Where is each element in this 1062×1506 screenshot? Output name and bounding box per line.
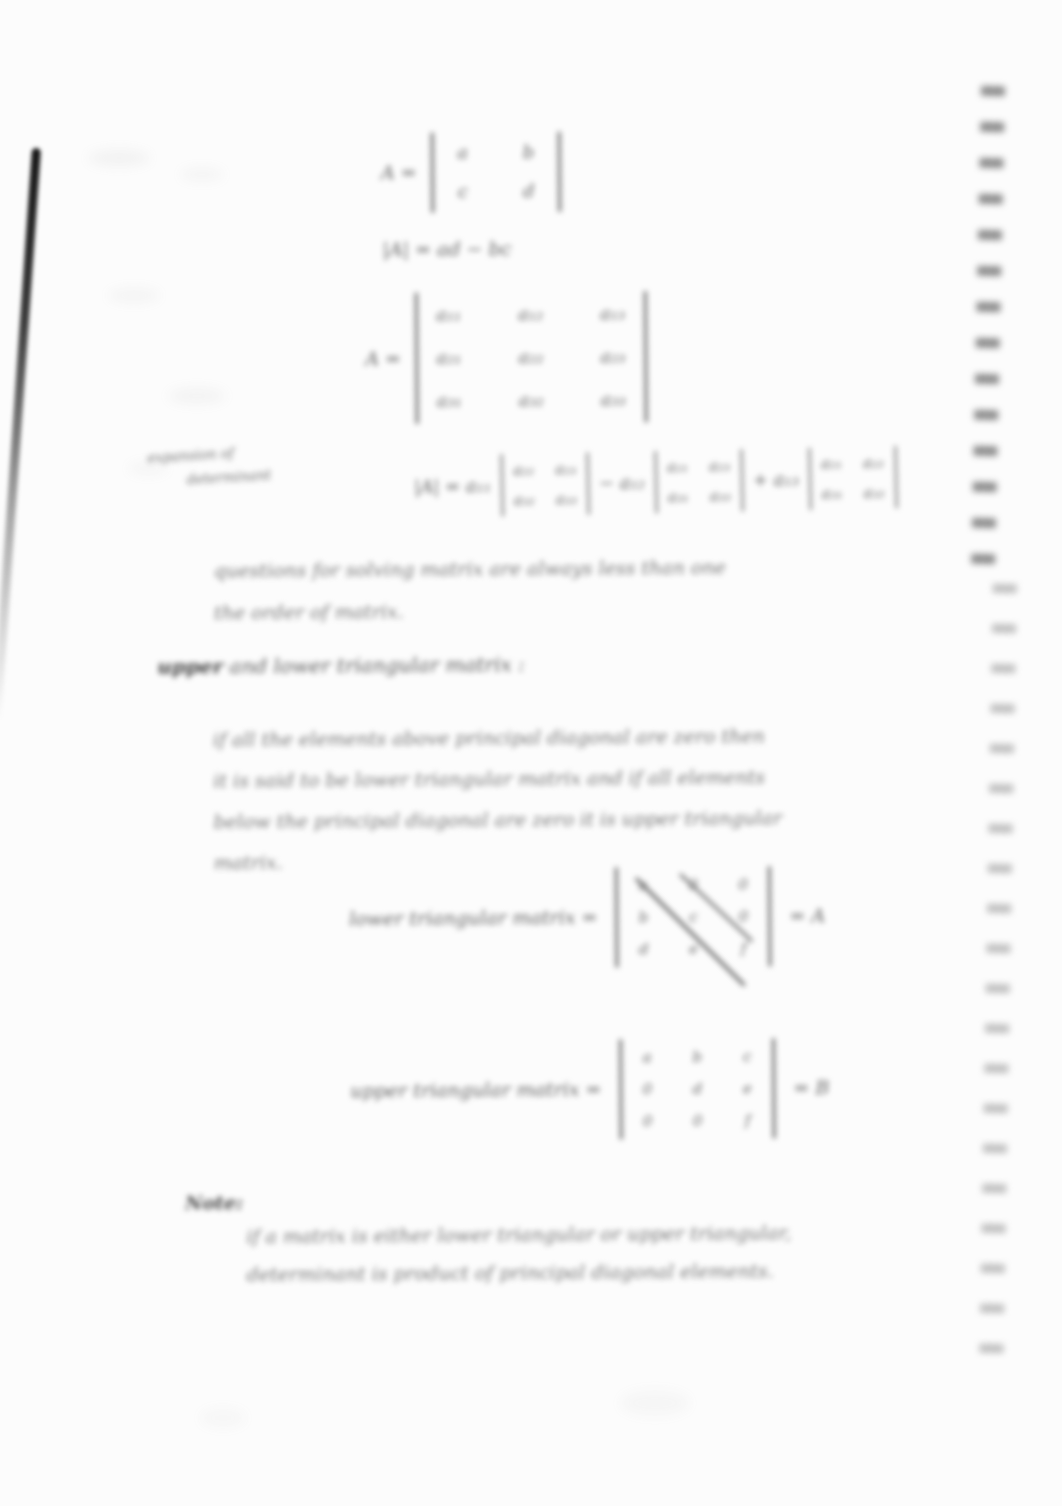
note-line: determinant is product of principal diag… [247,1252,792,1294]
paragraph-line: below the principal diagonal are zero it… [213,798,782,843]
matrix-cell: a₂₂ [516,347,546,368]
upper-triangular-label: upper triangular matrix = [350,1079,601,1103]
equation-upper-triangular: upper triangular matrix = abc0de00f = B [350,1038,830,1141]
matrix-cell: a₂₁ [819,454,843,472]
paragraph-line: if all the elements above principal diag… [213,716,782,761]
upper-triangular-equals: = B [793,1077,829,1099]
matrix-cell: f [735,1111,761,1129]
matrix-cell: a₃₁ [820,484,844,502]
note-label: Note: [185,1192,243,1214]
equation-lhs: A = [365,347,401,369]
matrix-cell: a₃₂ [862,483,886,501]
matrix-cell: a₃₃ [708,487,732,505]
matrix-cell: d [684,1080,710,1098]
note-paragraph: if a matrix is either lower triangular o… [246,1214,791,1294]
matrix-cell: a₂₁ [434,347,464,368]
matrix-cell: d [514,181,544,202]
matrix-cell: c [448,181,478,202]
matrix-2x2: abcd [430,132,561,213]
handwriting-layer: A = abcd |A| = ad − bc A = a₁₁a₁₂a₁₃a₂₁a… [0,0,1062,1506]
equation-matrix-3x3: A = a₁₁a₁₂a₁₃a₂₁a₂₂a₂₃a₃₁a₃₂a₃₃ [365,291,648,424]
zero-region-slash [615,866,766,997]
lower-triangular-matrix-wrap: a00bc0def [615,866,772,967]
scanned-notes-page: A = abcd |A| = ad − bc A = a₁₁a₁₂a₁₃a₂₁a… [0,0,1062,1506]
minor-determinant-3: a₂₁a₂₂a₃₁a₃₂ [808,446,897,510]
matrix-cell: 0 [685,1112,711,1130]
equation-lhs: A = [381,162,417,184]
note-line: if a matrix is either lower triangular o… [246,1214,791,1256]
equation-cofactor-expansion: |A| = a₁₁ a₂₂a₂₃a₃₂a₃₃ − a₁₂ a₂₁a₂₃a₃₁a₃… [414,446,898,518]
matrix-cell: a₁₃ [598,303,628,324]
section-heading: upper and lower triangular matrix : [157,652,525,679]
matrix-3x3: a₁₁a₁₂a₁₃a₂₁a₂₂a₂₃a₃₁a₃₂a₃₃ [414,291,647,424]
expansion-op2: + a₁₃ [753,469,799,491]
minor-determinant-2: a₂₁a₂₃a₃₁a₃₃ [654,449,743,513]
matrix-cell: 0 [634,1080,660,1098]
paragraph-line: questions for solving matrix are always … [214,547,726,593]
paragraph-line: it is said to be lower triangular matrix… [213,757,782,802]
equation-lower-triangular: lower triangular matrix = a00bc0def = A [349,866,826,969]
lower-triangular-label: lower triangular matrix = [349,907,597,931]
matrix-cell: a₃₃ [554,490,578,508]
upper-triangular-matrix: abc0de00f [619,1038,776,1139]
matrix-cell: a₂₂ [861,453,885,471]
matrix-cell: a₂₃ [707,457,731,475]
matrix-cell: a₃₁ [434,390,464,411]
matrix-cell: b [513,142,543,163]
matrix-cell: a₂₃ [553,460,577,478]
matrix-cell: a₃₂ [512,491,536,509]
matrix-cell: a₁₁ [434,304,464,325]
paragraph-definition: if all the elements above principal diag… [213,716,783,884]
lower-triangular-equals: = A [789,905,825,927]
matrix-cell: 0 [635,1112,661,1130]
determinant-formula: |A| = ad − bc [382,238,511,261]
matrix-cell: a₃₃ [598,389,628,410]
matrix-cell: a₂₂ [511,461,535,479]
matrix-cell: a₂₁ [665,457,689,475]
matrix-cell: c [734,1047,760,1065]
matrix-cell: e [734,1079,760,1097]
paragraph-minors: questions for solving matrix are always … [214,547,727,635]
expansion-lhs: |A| = a₁₁ [414,475,491,498]
matrix-cell: a₂₃ [598,346,628,367]
matrix-cell: a₃₂ [516,390,546,411]
matrix-cell: a [634,1048,660,1066]
equation-matrix-2x2: A = abcd [381,132,561,213]
matrix-cell: a₃₁ [666,487,690,505]
equation-det-2x2: |A| = ad − bc [382,238,511,261]
matrix-cell: a [447,142,477,163]
expansion-op1: − a₁₂ [599,472,645,494]
matrix-cell: a₁₂ [516,304,546,325]
heading-rest: and lower triangular matrix : [223,652,525,678]
heading-word-upper: upper [157,654,223,678]
matrix-cell: b [684,1048,710,1066]
margin-annotation: expansion of determinant [147,433,379,495]
paragraph-line: the order of matrix. [214,589,726,635]
minor-determinant-1: a₂₂a₂₃a₃₂a₃₃ [500,453,589,517]
